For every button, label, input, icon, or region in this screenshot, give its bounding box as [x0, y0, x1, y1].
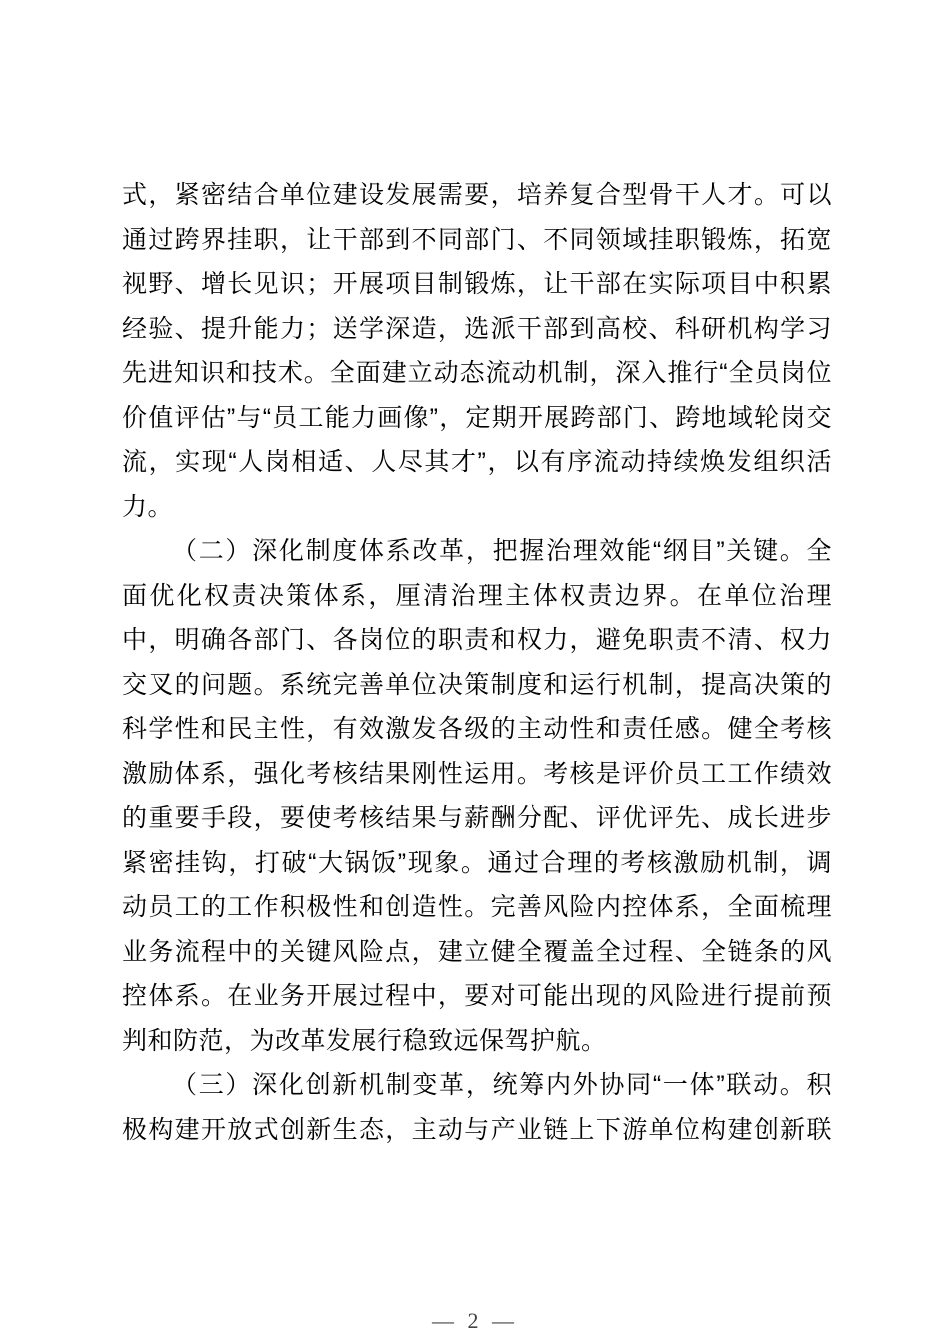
text-line: 极构建开放式创新生态，主动与产业链上下游单位构建创新联 [122, 1108, 832, 1153]
text-line: 交叉的问题。系统完善单位决策制度和运行机制，提高决策的 [122, 663, 832, 708]
text-line: 力。 [122, 485, 832, 530]
text-line: （三）深化创新机制变革，统筹内外协同“一体”联动。积 [122, 1063, 832, 1108]
paragraph: （三）深化创新机制变革，统筹内外协同“一体”联动。积极构建开放式创新生态，主动与… [122, 1063, 832, 1152]
text-line: 激励体系，强化考核结果刚性运用。考核是评价员工工作绩效 [122, 752, 832, 797]
text-line: 科学性和民主性，有效激发各级的主动性和责任感。健全考核 [122, 707, 832, 752]
text-line: 通过跨界挂职，让干部到不同部门、不同领域挂职锻炼，拓宽 [122, 218, 832, 263]
text-line: 先进知识和技术。全面建立动态流动机制，深入推行“全员岗位 [122, 351, 832, 396]
text-line: 面优化权责决策体系，厘清治理主体权责边界。在单位治理 [122, 574, 832, 619]
text-line: 中，明确各部门、各岗位的职责和权力，避免职责不清、权力 [122, 618, 832, 663]
text-line: 视野、增长见识；开展项目制锻炼，让干部在实际项目中积累 [122, 262, 832, 307]
document-body: 式，紧密结合单位建设发展需要，培养复合型骨干人才。可以通过跨界挂职，让干部到不同… [122, 173, 832, 1152]
page-number: — 2 — [0, 1308, 950, 1334]
text-line: 式，紧密结合单位建设发展需要，培养复合型骨干人才。可以 [122, 173, 832, 218]
text-line: 控体系。在业务开展过程中，要对可能出现的风险进行提前预 [122, 974, 832, 1019]
document-page: 式，紧密结合单位建设发展需要，培养复合型骨干人才。可以通过跨界挂职，让干部到不同… [0, 0, 950, 1344]
paragraph: （二）深化制度体系改革，把握治理效能“纲目”关键。全面优化权责决策体系，厘清治理… [122, 529, 832, 1063]
text-line: 价值评估”与“员工能力画像”，定期开展跨部门、跨地域轮岗交 [122, 396, 832, 441]
text-line: 的重要手段，要使考核结果与薪酬分配、评优评先、成长进步 [122, 796, 832, 841]
text-line: 判和防范，为改革发展行稳致远保驾护航。 [122, 1019, 832, 1064]
text-line: （二）深化制度体系改革，把握治理效能“纲目”关键。全 [122, 529, 832, 574]
text-line: 经验、提升能力；送学深造，选派干部到高校、科研机构学习 [122, 307, 832, 352]
paragraph: 式，紧密结合单位建设发展需要，培养复合型骨干人才。可以通过跨界挂职，让干部到不同… [122, 173, 832, 529]
text-line: 业务流程中的关键风险点，建立健全覆盖全过程、全链条的风 [122, 930, 832, 975]
text-line: 紧密挂钩，打破“大锅饭”现象。通过合理的考核激励机制，调 [122, 841, 832, 886]
text-line: 流，实现“人岗相适、人尽其才”，以有序流动持续焕发组织活 [122, 440, 832, 485]
text-line: 动员工的工作积极性和创造性。完善风险内控体系，全面梳理 [122, 885, 832, 930]
